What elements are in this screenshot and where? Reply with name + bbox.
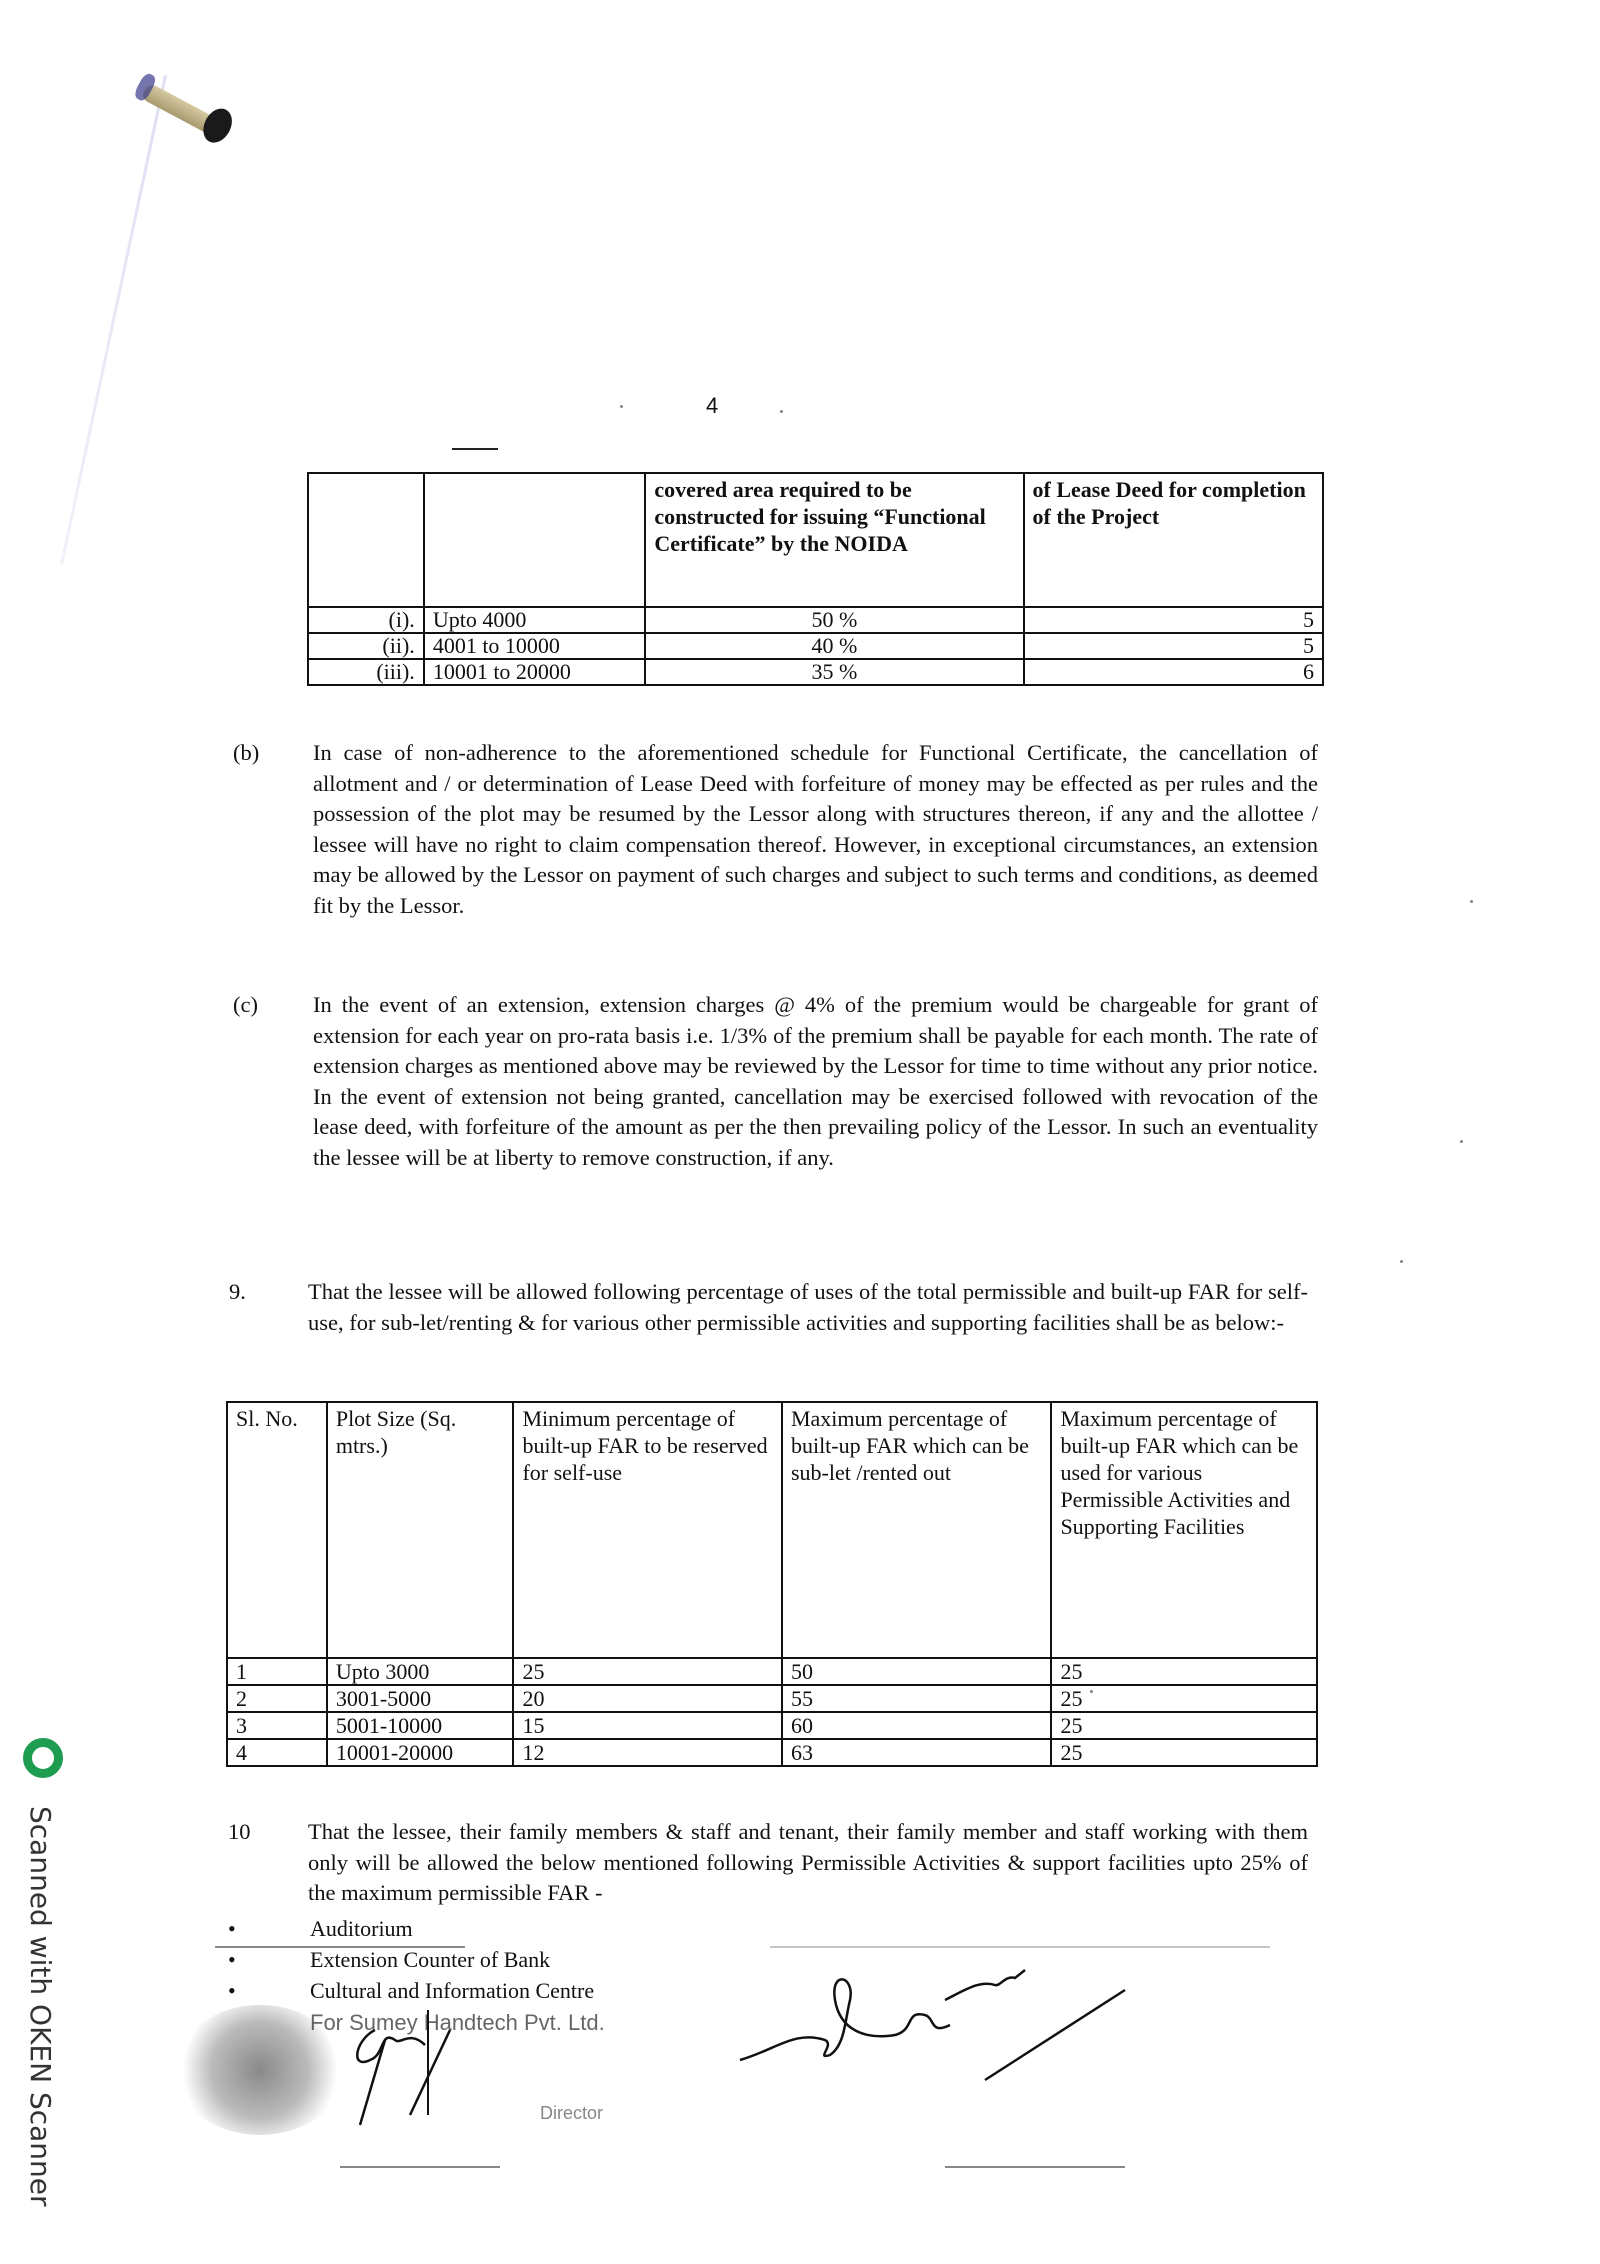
clause-text: That the lessee, their family members & … [308,1817,1308,1909]
permissible-activities-list: • Auditorium • Extension Counter of Bank… [228,1913,594,2006]
clause-label: 10 [228,1817,251,1848]
cell-sublet: 60 [782,1712,1051,1739]
functional-certificate-table: covered area required to be constructed … [307,472,1324,686]
cell-sl: (ii). [308,633,424,659]
table-row: (iii). 10001 to 20000 35 % 6 [308,659,1323,685]
speckle [1400,1260,1403,1263]
cell-sl: 4 [227,1739,327,1766]
cell-area-pct: 40 % [645,633,1023,659]
signature-left-icon [340,2000,460,2130]
cell-sl: (i). [308,607,424,633]
scan-line [215,1946,465,1948]
clause-label: (c) [233,990,258,1021]
bullet-icon: • [228,1944,236,1975]
document-page: 4 covered area required to be constructe… [0,0,1600,2264]
header-cell-covered-area: covered area required to be constructed … [645,473,1023,607]
cell-plot: Upto 3000 [327,1658,514,1685]
scan-line [945,2166,1125,2168]
header-self-use-min: Minimum percentage of built-up FAR to be… [513,1402,781,1658]
cell-sl: (iii). [308,659,424,685]
list-item-text: Auditorium [310,1916,413,1941]
cell-plot: 4001 to 10000 [424,633,646,659]
table-header-row: covered area required to be constructed … [308,473,1323,607]
table-row: 3 5001-10000 15 60 25 [227,1712,1317,1739]
cell-area-pct: 35 % [645,659,1023,685]
cell-plot: 10001-20000 [327,1739,514,1766]
scanner-watermark-text: Scanned with OKEN Scanner [24,1806,57,2207]
header-sl-no: Sl. No. [227,1402,327,1658]
clause-text: In case of non-adherence to the aforemen… [313,738,1318,922]
clause-10: 10 That the lessee, their family members… [308,1817,1308,1909]
table-row: 1 Upto 3000 25 50 25 [227,1658,1317,1685]
clause-label: (b) [233,738,259,769]
header-cell-empty [424,473,646,607]
cell-plot: 3001-5000 [327,1685,514,1712]
clause-b: (b) In case of non-adherence to the afor… [313,738,1318,922]
cell-plot: 5001-10000 [327,1712,514,1739]
bullet-icon: • [228,1913,236,1944]
list-item-text: Extension Counter of Bank [310,1947,550,1972]
clause-label: 9. [229,1277,246,1308]
scanner-watermark: Scanned with OKEN Scanner [20,1738,70,1778]
fold-shadow [60,75,167,565]
header-cell-lease-deed: of Lease Deed for completion of the Proj… [1024,473,1323,607]
table-header-row: Sl. No. Plot Size (Sq. mtrs.) Minimum pe… [227,1402,1317,1658]
table-row: 4 10001-20000 12 63 25 [227,1739,1317,1766]
clause-9: 9. That the lessee will be allowed follo… [308,1277,1308,1338]
scan-line [340,2166,500,2168]
header-activities-max: Maximum percentage of built-up FAR which… [1051,1402,1317,1658]
speckle [1460,1140,1463,1143]
cell-years: 6 [1024,659,1323,685]
cell-sublet: 50 [782,1658,1051,1685]
table-row: (i). Upto 4000 50 % 5 [308,607,1323,633]
cell-sl: 2 [227,1685,327,1712]
cell-years: 5 [1024,633,1323,659]
speckle [1090,1690,1093,1693]
cell-activities: 25 [1051,1658,1317,1685]
bullet-icon: • [228,1975,236,2006]
cell-sublet: 55 [782,1685,1051,1712]
scan-line [770,1946,1270,1948]
header-cell-empty [308,473,424,607]
clause-text: In the event of an extension, extension … [313,990,1318,1174]
list-item: • Extension Counter of Bank [228,1944,594,1975]
header-sublet-max: Maximum percentage of built-up FAR which… [782,1402,1051,1658]
cell-years: 5 [1024,607,1323,633]
cell-sl: 3 [227,1712,327,1739]
speckle [1470,900,1473,903]
cell-plot: Upto 4000 [424,607,646,633]
cell-plot: 10001 to 20000 [424,659,646,685]
list-item: • Auditorium [228,1913,594,1944]
page-number: 4 [706,393,718,419]
speckle [780,410,783,413]
dash-mark [452,448,498,450]
header-plot-size: Plot Size (Sq. mtrs.) [327,1402,514,1658]
table-row: (ii). 4001 to 10000 40 % 5 [308,633,1323,659]
table-row: 2 3001-5000 20 55 25 [227,1685,1317,1712]
cell-area-pct: 50 % [645,607,1023,633]
far-usage-table: Sl. No. Plot Size (Sq. mtrs.) Minimum pe… [226,1401,1318,1767]
cell-activities: 25 [1051,1712,1317,1739]
cell-self-use: 20 [513,1685,781,1712]
speckle [620,405,623,408]
director-label: Director [540,2103,603,2124]
cell-self-use: 25 [513,1658,781,1685]
cell-self-use: 15 [513,1712,781,1739]
clause-c: (c) In the event of an extension, extens… [313,990,1318,1174]
clause-text: That the lessee will be allowed followin… [308,1277,1308,1338]
cell-activities: 25 [1051,1739,1317,1766]
cell-self-use: 12 [513,1739,781,1766]
oken-ring-logo-icon [23,1738,63,1778]
signature-right-icon [735,1960,1155,2100]
cell-sl: 1 [227,1658,327,1685]
cell-sublet: 63 [782,1739,1051,1766]
